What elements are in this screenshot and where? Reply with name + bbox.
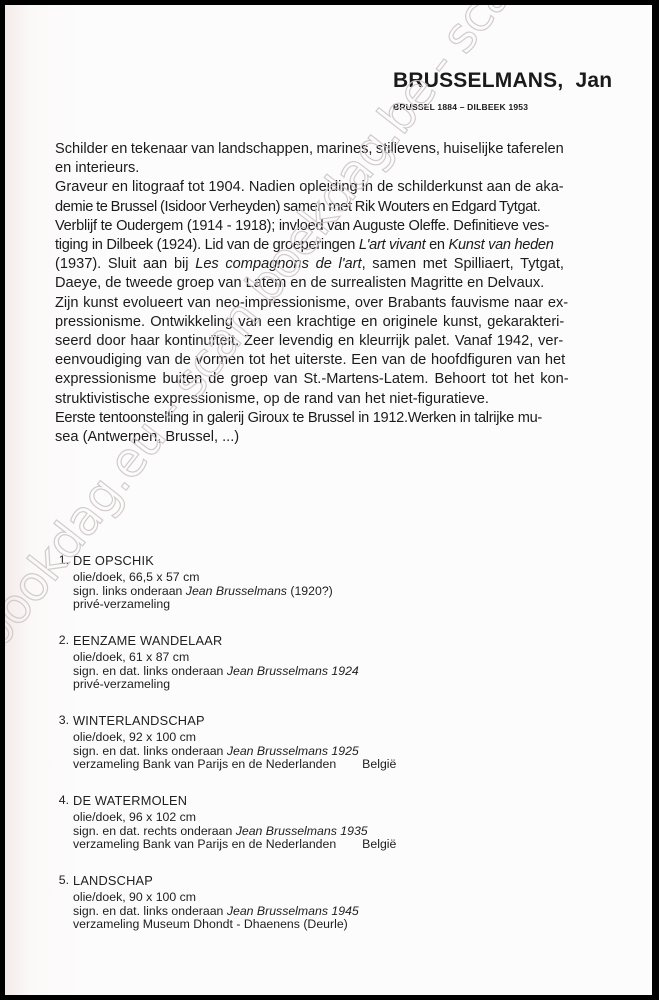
artist-firstname: Jan bbox=[576, 69, 613, 92]
work-title: WINTERLANDSCHAP bbox=[73, 713, 205, 728]
work-signature: sign. en dat. links onderaan Jean Brusse… bbox=[73, 905, 374, 919]
works-list: 1. DE OPSCHIK olie/doek, 66,5 x 57 cm si… bbox=[55, 553, 475, 953]
work-signature: sign. en dat. links onderaan Jean Brusse… bbox=[73, 745, 396, 759]
bio-line: Daeye, de tweede groep van Latem en de s… bbox=[55, 274, 625, 293]
group-name: Kunst van heden bbox=[449, 237, 554, 253]
work-details: olie/doek, 66,5 x 57 cm sign. links onde… bbox=[73, 571, 333, 612]
work-details: olie/doek, 92 x 100 cm sign. en dat. lin… bbox=[73, 731, 396, 772]
work-collection: privé-verzameling bbox=[73, 678, 359, 692]
work-number: 3. bbox=[55, 713, 69, 727]
work-collection: privé-verzameling bbox=[73, 598, 333, 612]
work-item: 3. WINTERLANDSCHAP olie/doek, 92 x 100 c… bbox=[55, 713, 475, 793]
artist-surname: BRUSSELMANS, bbox=[393, 69, 563, 92]
bio-line: pressionisme. Ontwikkeling van een krach… bbox=[55, 313, 625, 332]
bio-line: tiging in Dilbeek (1924). Lid van de gro… bbox=[55, 236, 625, 255]
artist-name: BRUSSELMANS, Jan bbox=[393, 69, 612, 93]
work-item: 5. LANDSCHAP olie/doek, 90 x 100 cm sign… bbox=[55, 873, 475, 953]
document-page: BRUSSELMANS, Jan BRUSSEL 1884 – DILBEEK … bbox=[5, 5, 652, 995]
bio-line: en interieurs. bbox=[55, 159, 625, 178]
work-signature: sign. links onderaan Jean Brusselmans (1… bbox=[73, 585, 333, 599]
bio-line: (1937). Sluit aan bij Les compagnons de … bbox=[55, 255, 625, 274]
work-details: olie/doek, 61 x 87 cm sign. en dat. link… bbox=[73, 651, 359, 692]
biography-text: Schilder en tekenaar van landschappen, m… bbox=[55, 140, 625, 447]
work-collection: verzameling Bank van Parijs en de Nederl… bbox=[73, 758, 396, 772]
work-collection: verzameling Bank van Parijs en de Nederl… bbox=[73, 838, 396, 852]
bio-line: expressionisme buiten de groep van St.-M… bbox=[55, 370, 625, 389]
work-country: België bbox=[362, 757, 396, 771]
bio-line: Zijn kunst evolueert van neo-impressioni… bbox=[55, 294, 625, 313]
work-item: 1. DE OPSCHIK olie/doek, 66,5 x 57 cm si… bbox=[55, 553, 475, 633]
work-medium: olie/doek, 66,5 x 57 cm bbox=[73, 571, 333, 585]
work-collection: verzameling Museum Dhondt - Dhaenens (De… bbox=[73, 918, 374, 932]
work-item: 4. DE WATERMOLEN olie/doek, 96 x 102 cm … bbox=[55, 793, 475, 873]
work-signature: sign. en dat. rechts onderaan Jean Bruss… bbox=[73, 825, 396, 839]
bio-line: struktivistische expressionisme, op de r… bbox=[55, 390, 625, 409]
work-details: olie/doek, 96 x 102 cm sign. en dat. rec… bbox=[73, 811, 396, 852]
work-medium: olie/doek, 61 x 87 cm bbox=[73, 651, 359, 665]
work-title: EENZAME WANDELAAR bbox=[73, 633, 222, 648]
bio-line: Verblijf te Oudergem (1914 - 1918); invl… bbox=[55, 217, 625, 236]
bio-line: Eerste tentoonstelling in galerij Giroux… bbox=[55, 409, 625, 428]
group-name: Les compagnons de l'art bbox=[195, 256, 361, 272]
work-number: 1. bbox=[55, 553, 69, 567]
work-item: 2. EENZAME WANDELAAR olie/doek, 61 x 87 … bbox=[55, 633, 475, 713]
bio-line: Schilder en tekenaar van landschappen, m… bbox=[55, 140, 625, 159]
work-medium: olie/doek, 90 x 100 cm bbox=[73, 891, 374, 905]
bio-text: (1937). Sluit aan bij bbox=[55, 256, 195, 272]
bio-text: , samen met Spilliaert, Tytgat, bbox=[362, 256, 564, 272]
work-title: DE WATERMOLEN bbox=[73, 793, 187, 808]
work-country: België bbox=[362, 837, 396, 851]
work-signature: sign. en dat. links onderaan Jean Brusse… bbox=[73, 665, 359, 679]
artist-header: BRUSSELMANS, Jan BRUSSEL 1884 – DILBEEK … bbox=[393, 69, 612, 112]
bio-line: sea (Antwerpen, Brussel, ...) bbox=[55, 428, 625, 447]
work-number: 5. bbox=[55, 873, 69, 887]
bio-text: tiging in Dilbeek (1924). Lid van de gro… bbox=[55, 237, 359, 253]
work-medium: olie/doek, 92 x 100 cm bbox=[73, 731, 396, 745]
group-name: L'art vivant bbox=[359, 237, 426, 253]
work-title: DE OPSCHIK bbox=[73, 553, 154, 568]
work-title: LANDSCHAP bbox=[73, 873, 153, 888]
artist-lifespan: BRUSSEL 1884 – DILBEEK 1953 bbox=[393, 102, 612, 112]
bio-line: eenvoudiging van de vormen tot het uiter… bbox=[55, 351, 625, 370]
work-number: 4. bbox=[55, 793, 69, 807]
bio-line: demie te Brussel (Isidoor Verheyden) sam… bbox=[55, 198, 625, 217]
bio-line: seerd door haar kontinuïteit. Zeer leven… bbox=[55, 332, 625, 351]
work-number: 2. bbox=[55, 633, 69, 647]
work-medium: olie/doek, 96 x 102 cm bbox=[73, 811, 396, 825]
bio-line: Graveur en litograaf tot 1904. Nadien op… bbox=[55, 178, 625, 197]
work-details: olie/doek, 90 x 100 cm sign. en dat. lin… bbox=[73, 891, 374, 932]
bio-text: en bbox=[425, 237, 448, 253]
